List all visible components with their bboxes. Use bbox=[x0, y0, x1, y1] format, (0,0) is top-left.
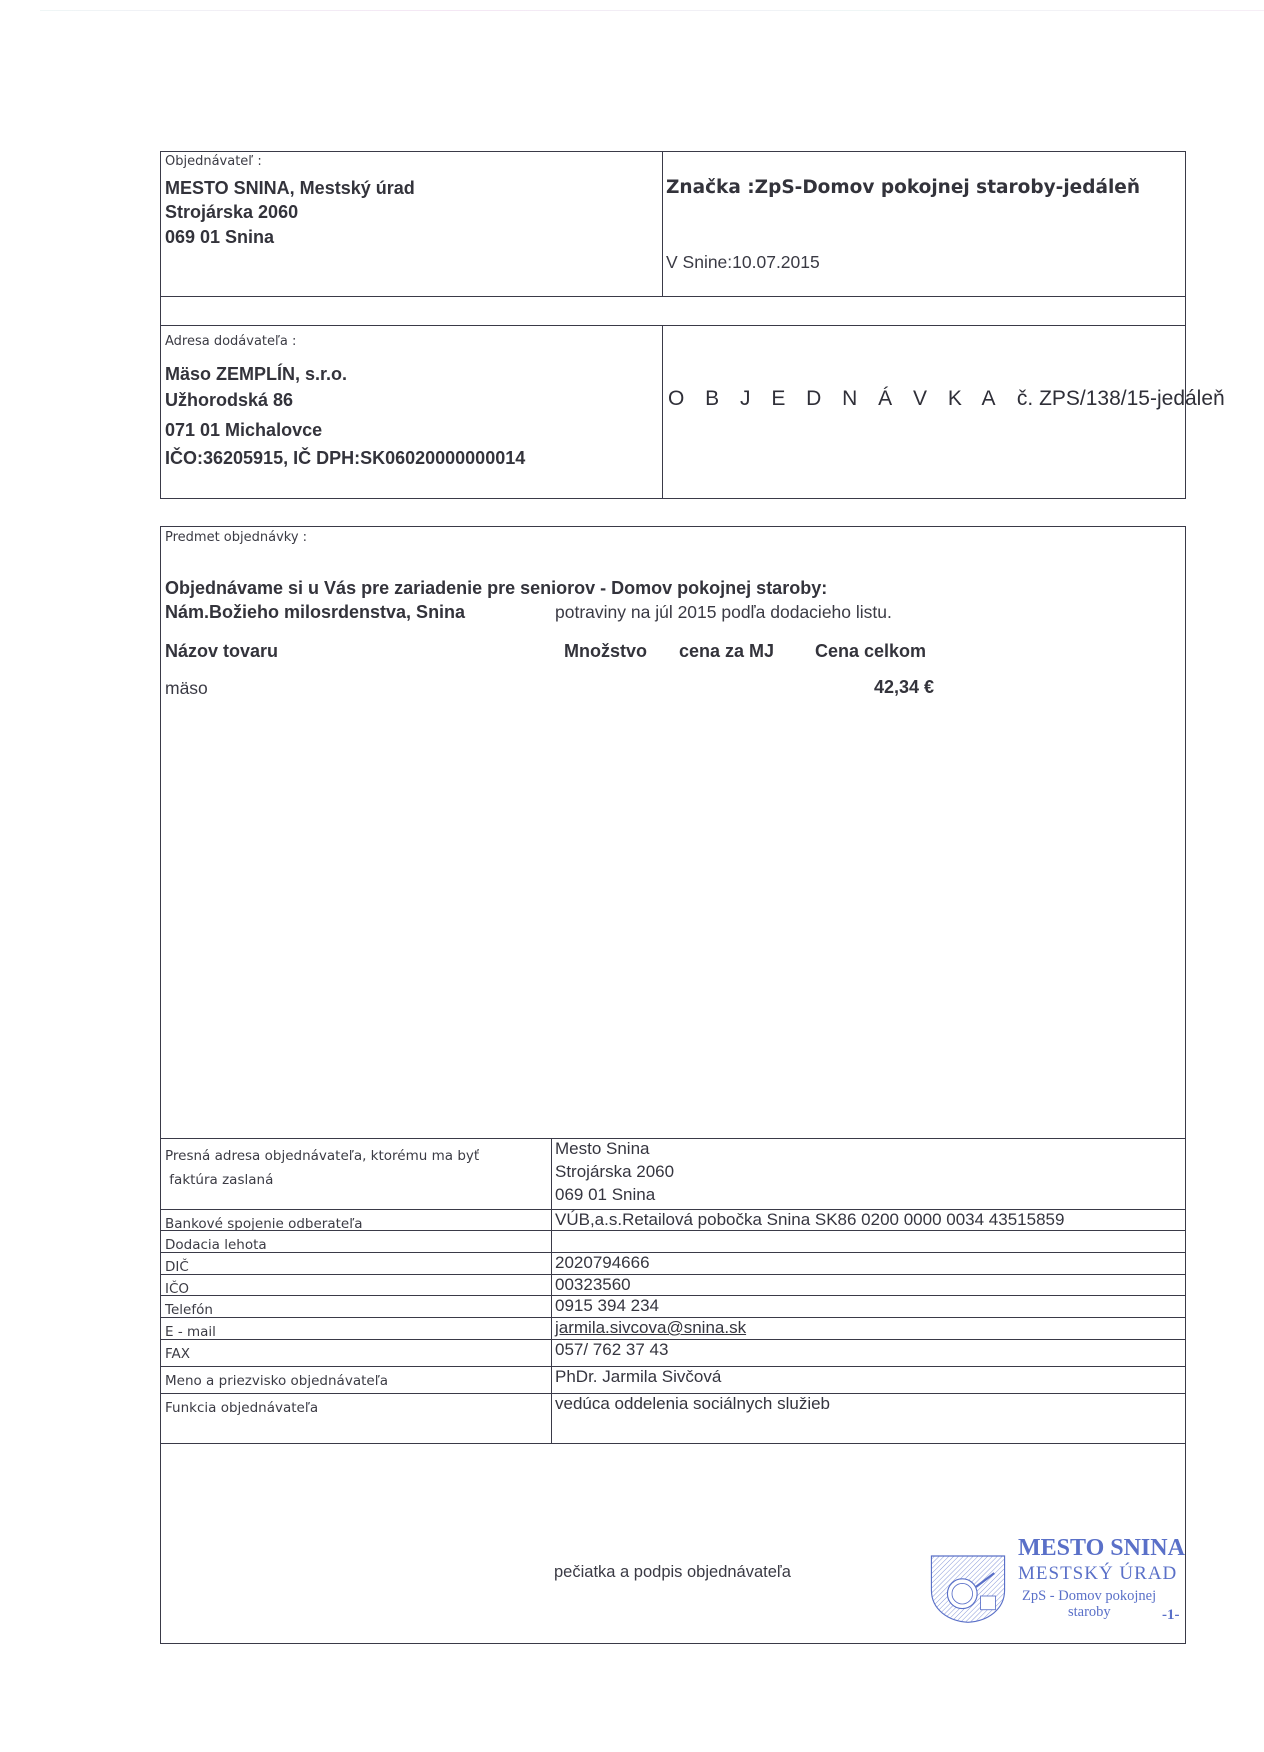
details-row-value: 0915 394 234 bbox=[555, 1296, 659, 1316]
supplier-ids: IČO:36205915, IČ DPH:SK06020000000014 bbox=[165, 448, 525, 469]
item-name: mäso bbox=[165, 678, 208, 699]
column-header-unit-price: cena za MJ bbox=[679, 641, 774, 662]
details-row-label: Dodacia lehota bbox=[165, 1233, 267, 1257]
details-row-value: PhDr. Jarmila Sivčová bbox=[555, 1367, 721, 1387]
spacer-row bbox=[160, 296, 1186, 326]
email-link[interactable]: jarmila.sivcova@snina.sk bbox=[555, 1318, 746, 1338]
orderer-divider bbox=[662, 151, 663, 297]
order-title: O B J E D N Á V K A č. ZPS/138/15-jedále… bbox=[668, 387, 1225, 411]
details-row-value: 069 01 Snina bbox=[555, 1185, 655, 1205]
details-row-value: 00323560 bbox=[555, 1275, 631, 1295]
details-row-divider bbox=[160, 1339, 1186, 1340]
supplier-name: Mäso ZEMPLÍN, s.r.o. bbox=[165, 364, 347, 385]
orderer-section bbox=[160, 151, 1186, 297]
item-total: 42,34 € bbox=[874, 677, 934, 698]
details-row-divider bbox=[160, 1252, 1186, 1253]
details-row-label: DIČ bbox=[165, 1255, 189, 1279]
details-row-value: VÚB,a.s.Retailová pobočka Snina SK86 020… bbox=[555, 1210, 1064, 1230]
supplier-city: 071 01 Michalovce bbox=[165, 420, 322, 441]
orderer-label: Objednávateľ : bbox=[165, 154, 262, 169]
subject-line1: Objednávame si u Vás pre zariadenie pre … bbox=[165, 578, 827, 599]
details-row-divider bbox=[160, 1274, 1186, 1275]
place-date: V Snine:10.07.2015 bbox=[666, 252, 820, 273]
order-number: č. ZPS/138/15-jedáleň bbox=[1017, 387, 1225, 410]
details-row-label: Presná adresa objednávateľa, ktorému ma … bbox=[165, 1144, 479, 1192]
order-title-word: O B J E D N Á V K A bbox=[668, 387, 1003, 410]
details-row-value: vedúca oddelenia sociálnych služieb bbox=[555, 1394, 830, 1414]
details-row-divider bbox=[160, 1295, 1186, 1296]
coat-of-arms-icon bbox=[928, 1532, 1008, 1644]
details-row-value: 2020794666 bbox=[555, 1253, 650, 1273]
supplier-section bbox=[160, 325, 1186, 499]
details-row-value: Mesto Snina bbox=[555, 1139, 650, 1159]
stamp-number: -1- bbox=[1162, 1607, 1180, 1624]
details-row-value: Strojárska 2060 bbox=[555, 1162, 674, 1182]
details-row-value: 057/ 762 37 43 bbox=[555, 1340, 668, 1360]
details-row-divider bbox=[160, 1230, 1186, 1231]
orderer-city: 069 01 Snina bbox=[165, 227, 274, 248]
details-row-label: Funkcia objednávateľa bbox=[165, 1396, 318, 1420]
column-header-name: Názov tovaru bbox=[165, 641, 278, 662]
details-divider bbox=[551, 1138, 552, 1444]
subject-description: potraviny na júl 2015 podľa dodacieho li… bbox=[555, 602, 892, 623]
stamp-line2: MESTSKÝ ÚRAD bbox=[1018, 1563, 1177, 1585]
column-header-quantity: Množstvo bbox=[564, 641, 647, 662]
stamp-line4: staroby bbox=[1068, 1604, 1111, 1621]
orderer-street: Strojárska 2060 bbox=[165, 202, 298, 223]
subject-place: Nám.Božieho milosrdenstva, Snina bbox=[165, 602, 465, 623]
details-row-label: FAX bbox=[165, 1342, 190, 1366]
details-row-label: Meno a priezvisko objednávateľa bbox=[165, 1369, 388, 1393]
supplier-divider bbox=[662, 325, 663, 499]
stamp-line3: ZpS - Domov pokojnej bbox=[1022, 1588, 1156, 1605]
subject-label: Predmet objednávky : bbox=[165, 530, 307, 545]
orderer-name: MESTO SNINA, Mestský úrad bbox=[165, 178, 415, 199]
supplier-street: Užhorodská 86 bbox=[165, 390, 293, 411]
order-mark: Značka :ZpS-Domov pokojnej staroby-jedál… bbox=[666, 177, 1140, 198]
signature-label: pečiatka a podpis objednávateľa bbox=[554, 1563, 791, 1582]
column-header-total: Cena celkom bbox=[815, 641, 926, 662]
supplier-label: Adresa dodávateľa : bbox=[165, 334, 296, 349]
details-row-label: Telefón bbox=[165, 1298, 213, 1322]
details-row-label: E - mail bbox=[165, 1320, 216, 1344]
stamp-line1: MESTO SNINA bbox=[1018, 1535, 1185, 1562]
scan-artifact-line bbox=[40, 10, 1264, 11]
